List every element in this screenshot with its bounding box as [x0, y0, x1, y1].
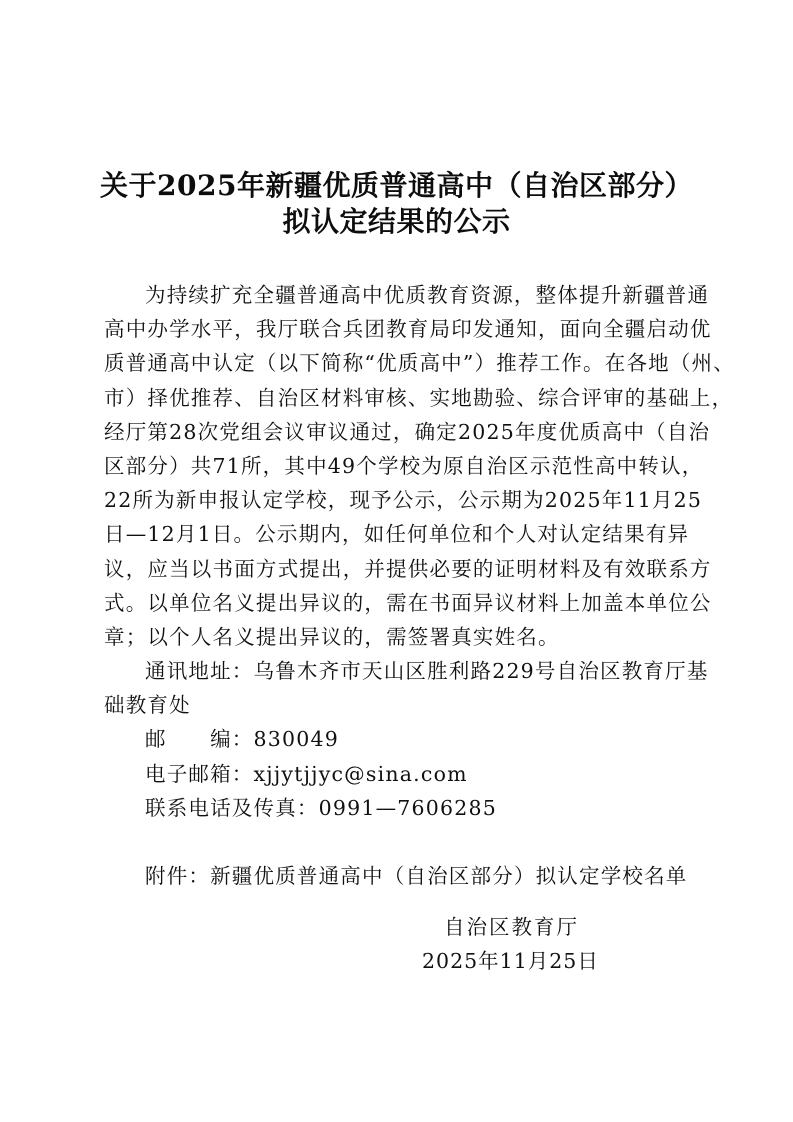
body-line: 为持续扩充全疆普通高中优质教育资源，整体提升新疆普通 [104, 278, 692, 312]
contact-email: 电子邮箱：xjjytjjyc@sina.com [104, 757, 692, 791]
body-line: 经厅第28次党组会议审议通过，确定2025年度优质高中（自治 [104, 415, 692, 449]
attachment-note: 附件：新疆优质普通高中（自治区部分）拟认定学校名单 [104, 859, 692, 893]
body-line: 区部分）共71所，其中49个学校为原自治区示范性高中转认， [104, 449, 692, 483]
contact-address-cont: 础教育处 [104, 688, 692, 722]
signature-organization: 自治区教育厅 [444, 910, 579, 944]
signature-date: 2025年11月25日 [422, 944, 599, 978]
body-line: 高中办学水平，我厅联合兵团教育局印发通知，面向全疆启动优 [104, 312, 692, 346]
body-line: 22所为新申报认定学校，现予公示，公示期为2025年11月25 [104, 483, 692, 517]
contact-phone: 联系电话及传真：0991—7606285 [104, 791, 692, 825]
document-page: 关于2025年新疆优质普通高中（自治区部分） 拟认定结果的公示 为持续扩充全疆普… [0, 0, 793, 1122]
body-line: 式。以单位名义提出异议的，需在书面异议材料上加盖本单位公 [104, 586, 692, 620]
document-title: 关于2025年新疆优质普通高中（自治区部分） 拟认定结果的公示 [0, 168, 793, 240]
body-line: 章；以个人名义提出异议的，需签署真实姓名。 [104, 620, 692, 654]
title-line-1: 关于2025年新疆优质普通高中（自治区部分） [0, 168, 793, 204]
body-line: 议，应当以书面方式提出，并提供必要的证明材料及有效联系方 [104, 552, 692, 586]
title-line-2: 拟认定结果的公示 [0, 204, 793, 240]
body-line: 市）择优推荐、自治区材料审核、实地勘验、综合评审的基础上， [104, 381, 692, 415]
body-line: 日—12月1日。公示期内，如任何单位和个人对认定结果有异 [104, 517, 692, 551]
document-body: 为持续扩充全疆普通高中优质教育资源，整体提升新疆普通 高中办学水平，我厅联合兵团… [104, 278, 692, 893]
spacer [104, 825, 692, 859]
contact-address: 通讯地址：乌鲁木齐市天山区胜利路229号自治区教育厅基 [104, 654, 692, 688]
body-line: 质普通高中认定（以下简称“优质高中”）推荐工作。在各地（州、 [104, 346, 692, 380]
contact-postcode: 邮 编：830049 [104, 722, 692, 756]
